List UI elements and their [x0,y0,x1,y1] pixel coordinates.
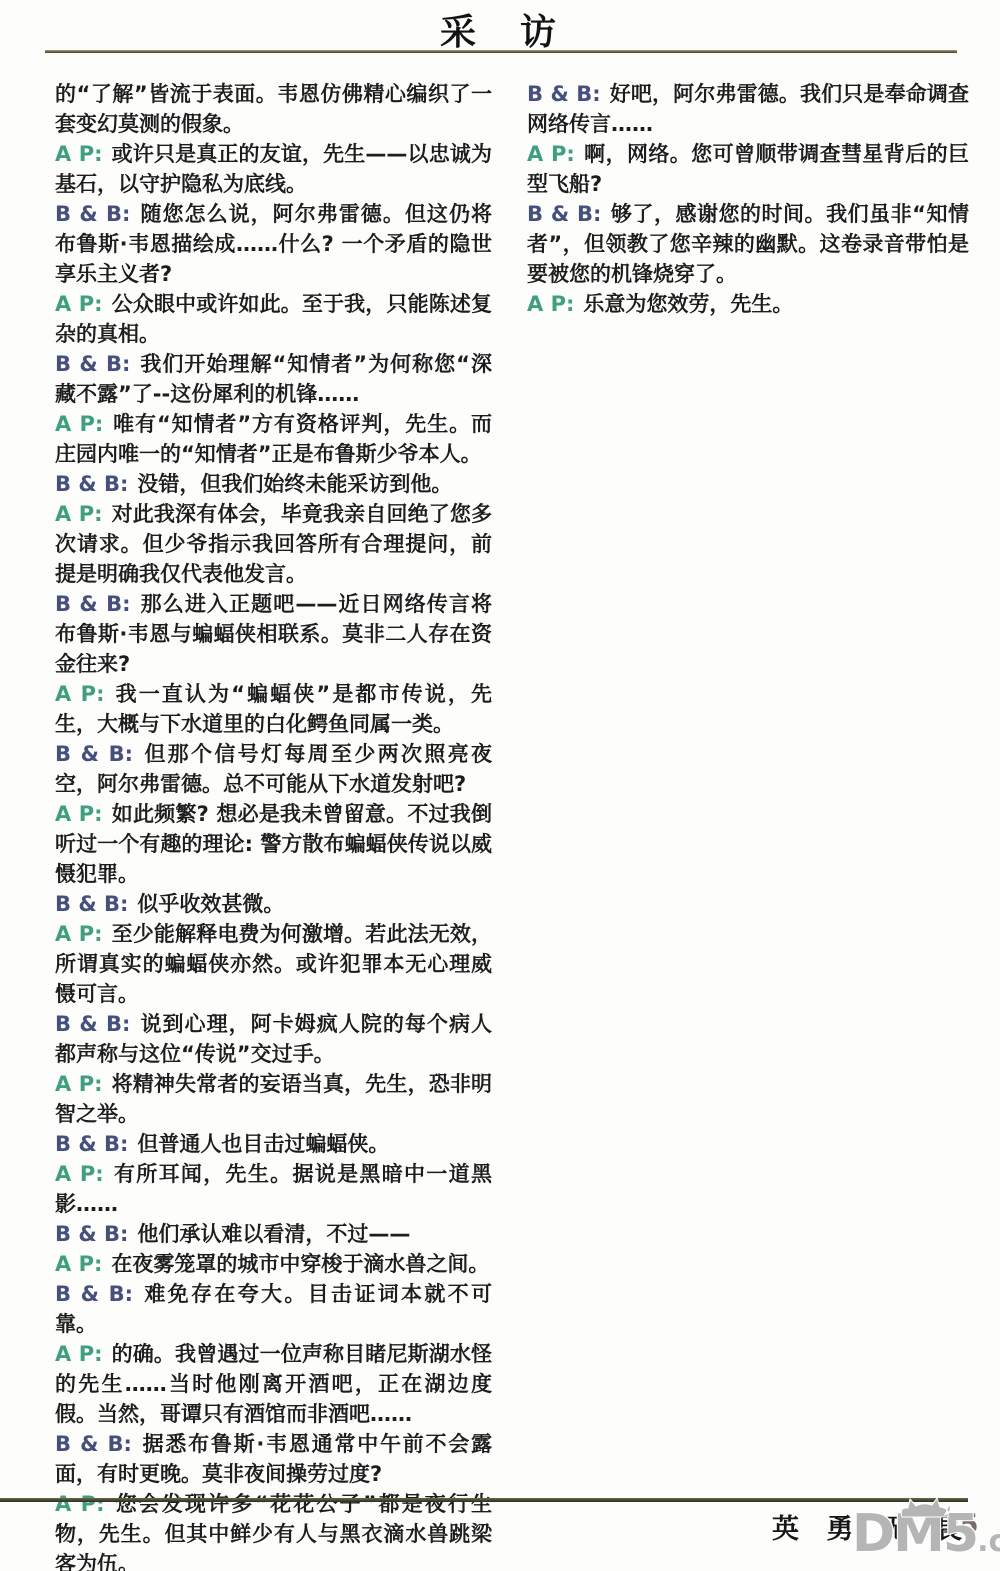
speaker-label: B & B: [55,1132,128,1156]
dialogue-paragraph: A P:或许只是真正的友谊，先生——以忠诚为基石，以守护隐私为底线。 [55,139,492,199]
dialogue-paragraph: A P:如此频繁? 想必是我未曾留意。不过我倒听过一个有趣的理论: 警方散布蝙蝠… [55,799,492,889]
dialogue-text: 他们承认难以看清，不过—— [137,1222,410,1246]
dialogue-text: 有所耳闻，先生。据说是黑暗中一道黑影…… [55,1162,492,1216]
dialogue-paragraph: B & B:我们开始理解“知情者”为何称您“深藏不露”了--这份犀利的机锋…… [55,349,492,409]
footer-divider [0,1498,968,1502]
speaker-label: A P: [55,1252,102,1276]
speaker-label: A P: [55,142,103,166]
dialogue-paragraph: 的“了解”皆流于表面。韦恩仿佛精心编织了一套变幻莫测的假象。 [55,79,492,139]
dialogue-paragraph: B & B:好吧，阿尔弗雷德。我们只是奉命调查网络传言…… [527,79,969,139]
speaker-label: B & B: [55,352,130,376]
speaker-label: B & B: [527,202,601,226]
dialogue-text: 将精神失常者的妄语当真，先生，恐非明智之举。 [55,1072,492,1126]
speaker-label: A P: [55,1492,104,1516]
dialogue-paragraph: A P:唯有“知情者”方有资格评判，先生。而庄园内唯一的“知情者”正是布鲁斯少爷… [55,409,492,469]
speaker-label: B & B: [55,1222,128,1246]
speaker-label: A P: [527,292,574,316]
dialogue-paragraph: B & B:够了，感谢您的时间。我们虽非“知情者”，但领教了您辛辣的幽默。这卷录… [527,199,969,289]
dialogue-text: 没错，但我们始终未能采访到他。 [137,472,452,496]
dialogue-paragraph: B & B:没错，但我们始终未能采访到他。 [55,469,492,499]
title-divider [45,50,957,53]
speaker-label: A P: [55,1072,103,1096]
dialogue-paragraph: B & B:随您怎么说，阿尔弗雷德。但这仍将布鲁斯·韦恩描绘成……什么? 一个矛… [55,199,492,289]
dialogue-paragraph: B & B:似乎收效甚微。 [55,889,492,919]
dialogue-paragraph: B & B:据悉布鲁斯·韦恩通常中午前不会露面，有时更晚。莫非夜间操劳过度? [55,1429,492,1489]
comic-interview-page: 采 访 的“了解”皆流于表面。韦恩仿佛精心编织了一套变幻莫测的假象。A P:或许… [0,0,1000,1571]
dialogue-paragraph: A P:在夜雾笼罩的城市中穿梭于滴水兽之间。 [55,1249,492,1279]
speaker-label: B & B: [55,892,128,916]
dialogue-paragraph: B & B:但那个信号灯每周至少两次照亮夜空，阿尔弗雷德。总不可能从下水道发射吧… [55,739,492,799]
page-title: 采 访 [0,4,1000,55]
dialogue-paragraph: A P:公众眼中或许如此。至于我，只能陈述复杂的真相。 [55,289,492,349]
dialogue-paragraph: B & B:那么进入正题吧——近日网络传言将布鲁斯·韦恩与蝙蝠侠相联系。莫非二人… [55,589,492,679]
speaker-label: B & B: [55,1012,130,1036]
dialogue-text: 如此频繁? 想必是我未曾留意。不过我倒听过一个有趣的理论: 警方散布蝙蝠侠传说以… [55,802,492,886]
dialogue-text: 的“了解”皆流于表面。韦恩仿佛精心编织了一套变幻莫测的假象。 [55,82,492,136]
dialogue-text: 啊，网络。您可曾顺带调查彗星背后的巨型飞船? [527,142,969,196]
dialogue-text: 至少能解释电费为何激增。若此法无效，所谓真实的蝙蝠侠亦然。或许犯罪本无心理威慑可… [55,922,492,1006]
dialogue-paragraph: A P:有所耳闻，先生。据说是黑暗中一道黑影…… [55,1159,492,1219]
speaker-label: A P: [55,922,103,946]
speaker-label: B & B: [55,472,128,496]
dialogue-text: 对此我深有体会，毕竟我亲自回绝了您多次请求。但少爷指示我回答所有合理提问，前提是… [55,502,492,586]
speaker-label: B & B: [527,82,601,106]
speaker-label: B & B: [55,202,130,226]
dialogue-text: 在夜雾笼罩的城市中穿梭于滴水兽之间。 [111,1252,489,1276]
speaker-label: A P: [55,682,104,706]
dialogue-paragraph: A P:对此我深有体会，毕竟我亲自回绝了您多次请求。但少爷指示我回答所有合理提问… [55,499,492,589]
right-text-column: B & B:好吧，阿尔弗雷德。我们只是奉命调查网络传言……A P:啊，网络。您可… [527,79,969,319]
dialogue-paragraph: A P:将精神失常者的妄语当真，先生，恐非明智之举。 [55,1069,492,1129]
left-text-column: 的“了解”皆流于表面。韦恩仿佛精心编织了一套变幻莫测的假象。A P:或许只是真正… [55,79,492,1571]
speaker-label: B & B: [55,1432,132,1456]
speaker-label: A P: [55,292,103,316]
speaker-label: B & B: [55,1282,133,1306]
dialogue-text: 您会发现许多“花花公子”都是夜行生物，先生。但其中鲜少有人与黑衣滴水兽跳梁客为伍… [55,1492,492,1571]
dialogue-paragraph: B & B:难免存在夸大。目击证词本就不可靠。 [55,1279,492,1339]
speaker-label: B & B: [55,742,133,766]
dialogue-text: 公众眼中或许如此。至于我，只能陈述复杂的真相。 [55,292,492,346]
speaker-label: A P: [55,1162,104,1186]
dialogue-paragraph: A P:乐意为您效劳，先生。 [527,289,969,319]
speaker-label: A P: [55,1342,103,1366]
dialogue-paragraph: A P:我一直认为“蝙蝠侠”是都市传说，先生，大概与下水道里的白化鳄鱼同属一类。 [55,679,492,739]
speaker-label: A P: [55,502,103,526]
dialogue-paragraph: A P:的确。我曾遇过一位声称目睹尼斯湖水怪的先生……当时他刚离开酒吧，正在湖边… [55,1339,492,1429]
dialogue-text: 我一直认为“蝙蝠侠”是都市传说，先生，大概与下水道里的白化鳄鱼同属一类。 [55,682,492,736]
dialogue-text: 乐意为您效劳，先生。 [583,292,793,316]
dialogue-paragraph: B & B:他们承认难以看清，不过—— [55,1219,492,1249]
dialogue-text: 或许只是真正的友谊，先生——以忠诚为基石，以守护隐私为底线。 [55,142,492,196]
speaker-label: A P: [55,412,103,436]
cat-mascot-icon [898,1495,952,1523]
speaker-label: A P: [527,142,575,166]
speaker-label: B & B: [55,592,131,616]
dialogue-text: 的确。我曾遇过一位声称目睹尼斯湖水怪的先生……当时他刚离开酒吧，正在湖边度假。当… [55,1342,492,1426]
dialogue-text: 唯有“知情者”方有资格评判，先生。而庄园内唯一的“知情者”正是布鲁斯少爷本人。 [55,412,492,466]
dialogue-paragraph: A P:至少能解释电费为何激增。若此法无效，所谓真实的蝙蝠侠亦然。或许犯罪本无心… [55,919,492,1009]
dialogue-paragraph: B & B:但普通人也目击过蝙蝠侠。 [55,1129,492,1159]
dialogue-text: 但普通人也目击过蝙蝠侠。 [137,1132,389,1156]
speaker-label: A P: [55,802,103,826]
dialogue-paragraph: B & B:说到心理，阿卡姆疯人院的每个病人都声称与这位“传说”交过手。 [55,1009,492,1069]
dm5-watermark-suffix: .com [977,1524,1000,1559]
dialogue-paragraph: A P:啊，网络。您可曾顺带调查彗星背后的巨型飞船? [527,139,969,199]
dialogue-text: 似乎收效甚微。 [137,892,284,916]
